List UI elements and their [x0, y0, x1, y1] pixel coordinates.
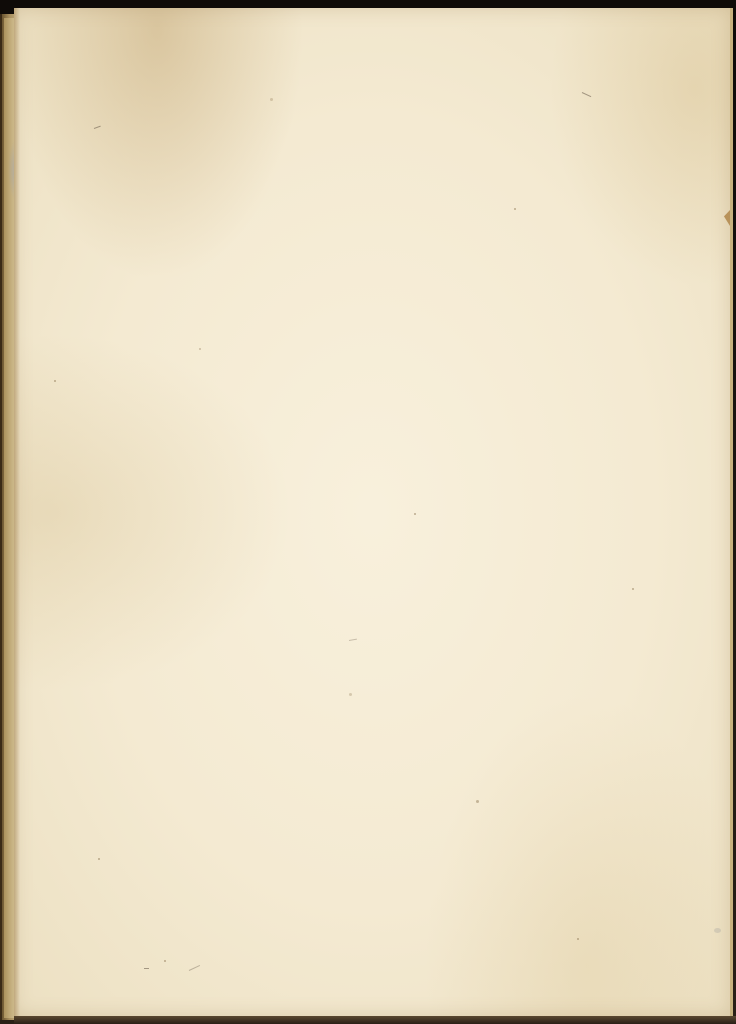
- foxing-speck: [632, 588, 634, 590]
- paper-fiber: [94, 126, 101, 129]
- paper-fiber: [144, 968, 149, 969]
- foxing-speck: [164, 960, 166, 962]
- paper-fiber: [349, 639, 357, 641]
- foxing-speck: [414, 513, 416, 515]
- foxing-speck: [98, 858, 100, 860]
- foxing-speck: [577, 938, 579, 940]
- scanned-page: [0, 0, 736, 1024]
- foxing-speck: [270, 98, 273, 101]
- page-edge-tear: [724, 210, 730, 226]
- paper-fiber: [189, 965, 200, 971]
- blank-paper-leaf: [14, 8, 733, 1018]
- bottom-edge-shadow: [14, 1016, 736, 1024]
- paper-fiber: [582, 92, 591, 97]
- foxing-speck: [349, 693, 352, 696]
- foxing-speck: [714, 928, 721, 933]
- foxing-speck: [476, 800, 479, 803]
- foxing-speck: [54, 380, 56, 382]
- foxing-speck: [199, 348, 201, 350]
- page-left-edge: [14, 8, 20, 1016]
- foxing-speck: [514, 208, 516, 210]
